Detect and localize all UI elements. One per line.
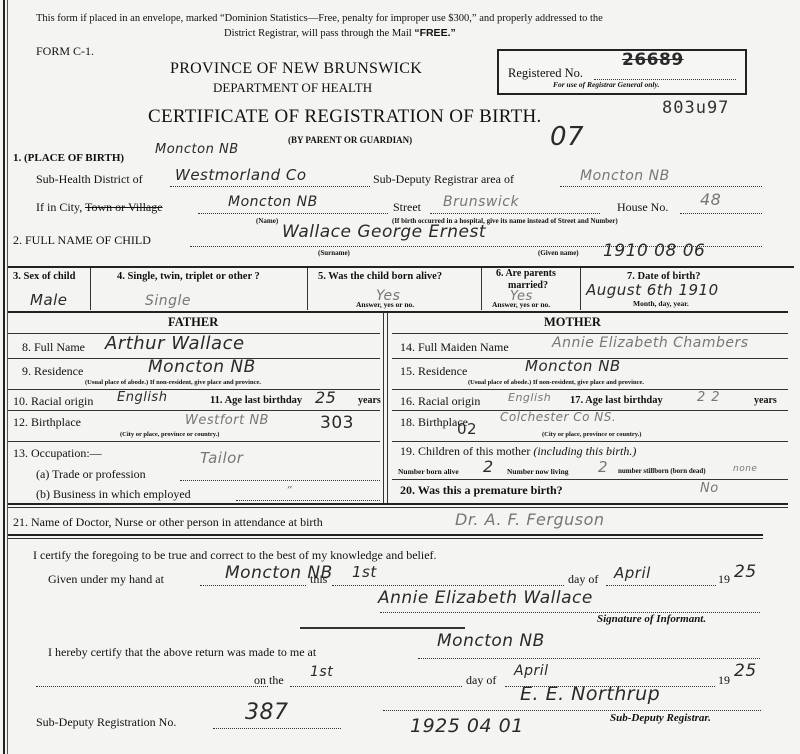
registered-no-note: For use of Registrar General only. [553,80,659,89]
father-residence-label: 9. Residence [22,364,83,379]
city-label-text: If in City, [36,200,82,214]
mother-heading: MOTHER [544,315,601,330]
father-age-unit: years [358,395,381,406]
mother-birthplace-caption: (City or place, province or country.) [542,431,641,438]
section-divider [8,266,794,268]
mail-notice-text: District Registrar, will pass through th… [224,28,414,39]
this-label: this [310,572,327,587]
attendant-value: Dr. A. F. Ferguson [455,510,605,529]
page-title: CERTIFICATE OF REGISTRATION OF BIRTH. [148,106,542,128]
mother-birthplace-value: Colchester Co NS. [500,410,616,424]
given-month-line [606,584,716,586]
handwritten-code: 07 [550,122,584,152]
occupation-trade-value: Tailor [200,449,243,467]
given-year-prefix: 19 [718,572,730,587]
father-name-value: Arthur Wallace [105,333,245,354]
place-of-birth-value: Moncton NB [155,142,239,157]
col-divider [90,268,91,310]
subtitle: (BY PARENT OR GUARDIAN) [288,135,412,145]
trade-label: (a) Trade or profession [36,467,146,482]
stamp-number: 803u97 [662,98,729,118]
col-divider [307,268,308,310]
father-birthplace-code: 303 [320,413,354,433]
registrar-signature-line [383,709,761,711]
registrar-place-value: Moncton NB [437,631,545,651]
street-value: Brunswick [443,194,519,210]
left-border-inner [7,0,8,754]
business-line [236,499,380,501]
row-line [392,333,788,334]
mother-residence-label: 15. Residence [400,364,467,379]
mail-notice-line1: This form if placed in an envelope, mark… [36,13,603,24]
section-divider [8,503,788,505]
trade-line [180,479,380,481]
city-line [198,212,388,214]
father-birthplace-label: 12. Birthplace [13,415,81,430]
city-value: Moncton NB [228,194,318,210]
children-label-text: 19. Children of this mother [400,444,530,458]
mother-residence-value: Moncton NB [525,357,621,375]
given-year-value: 25 [734,562,757,582]
informant-signature: Annie Elizabeth Wallace [378,588,593,608]
city-label: If in City, Town or Village [36,200,163,215]
born-alive-label: 5. Was the child born alive? [318,271,442,282]
mother-birthplace-code: 02 [457,420,477,438]
house-no-value: 48 [700,190,721,209]
premature-label: 20. Was this a premature birth? [400,483,563,498]
row-line [8,441,380,442]
town-village-label: Town or Village [85,200,163,214]
child-name-label: 2. FULL NAME OF CHILD [13,233,151,248]
province-title: PROVINCE OF NEW BRUNSWICK [170,60,422,78]
registrar-year-value: 25 [734,661,757,681]
registered-no-label: Registered No. [508,66,583,81]
street-label: Street [393,200,421,215]
registration-no-value: 387 [245,700,289,725]
registrar-day-of-label: day of [466,673,496,688]
mother-residence-caption: (Usual place of abode.) If non-resident,… [468,379,644,386]
registrar-day-value: 1st [310,664,333,680]
father-heading: FATHER [168,315,218,330]
registration-no-label: Sub-Deputy Registration No. [36,715,176,730]
birth-certificate-form: This form if placed in an envelope, mark… [0,0,800,754]
father-residence-value: Moncton NB [148,357,256,377]
business-value: ” [286,484,292,497]
children-label-italic: (including this birth.) [533,444,636,458]
attendant-label: 21. Name of Doctor, Nurse or other perso… [13,515,323,530]
separator [300,627,465,629]
given-name-caption: (Given name) [538,249,579,257]
registrar-date-code: 1925 04 01 [410,715,524,737]
section-divider [8,534,763,536]
registration-no-line [213,727,341,729]
given-under-label: Given under my hand at [48,572,164,587]
street-line [430,212,600,214]
informant-statement: I certify the foregoing to be true and c… [33,548,437,563]
department-title: DEPARTMENT OF HEALTH [213,80,372,96]
given-place-line [200,584,306,586]
children-label: 19. Children of this mother (including t… [400,444,636,459]
sub-deputy-area-value: Moncton NB [580,168,670,184]
house-no-line [680,212,762,214]
registrar-statement: I hereby certify that the above return w… [48,645,316,660]
date-of-birth-value: August 6th 1910 [586,281,719,299]
day-of-label: day of [568,572,598,587]
row-line [392,441,788,442]
father-racial-value: English [117,390,167,405]
mother-age-value: 22 [697,390,726,405]
child-name-value: Wallace George Ernest [282,222,486,242]
registrar-day-line [290,685,462,687]
father-racial-label: 10. Racial origin [13,394,93,409]
registrar-signature-caption: Sub-Deputy Registrar. [610,712,711,724]
plurality-value: Single [145,293,191,309]
sub-deputy-area-label: Sub-Deputy Registrar area of [373,172,514,187]
registrar-lead-line [36,685,268,687]
registrar-year-prefix: 19 [718,673,730,688]
section-divider [8,311,788,313]
sex-value: Male [30,291,68,309]
father-mother-divider-2 [387,312,388,504]
col-divider [580,268,581,310]
surname-caption: (Surname) [318,249,350,257]
registrar-month-value: April [514,663,549,679]
mother-age-label: 17. Age last birthday [570,395,663,406]
given-day-line [332,584,564,586]
premature-value: No [700,481,719,496]
sub-health-district-value: Westmorland Co [175,166,307,184]
given-month-value: April [614,564,651,582]
father-residence-caption: (Usual place of abode.) If non-resident,… [85,379,261,386]
father-age-value: 25 [315,388,336,407]
born-alive-count-value: 2 [483,457,494,476]
father-birthplace-caption: (City or place, province or country.) [120,431,219,438]
born-alive-count-label: Number born alive [398,467,459,476]
mother-racial-value: English [508,391,551,404]
mail-notice-line2: District Registrar, will pass through th… [224,27,456,39]
child-date-code: 1910 08 06 [603,241,705,261]
given-day-value: 1st [352,563,377,581]
section-divider-thin [8,538,763,539]
father-age-label: 11. Age last birthday [210,395,302,406]
registered-no-value: 26689 [622,50,684,70]
mother-name-value: Annie Elizabeth Chambers [552,335,749,351]
father-birthplace-value: Westfort NB [185,413,269,428]
free-label: “FREE.” [414,27,455,39]
on-the-label: on the [254,673,284,688]
row-line [392,389,788,390]
stillborn-label: number stillborn (born dead) [618,467,706,475]
sub-health-district-label: Sub-Health District of [36,172,143,187]
sub-deputy-area-line [560,185,762,187]
informant-signature-caption: Signature of Informant. [597,613,706,625]
business-label: (b) Business in which employed [36,487,191,502]
father-name-label: 8. Full Name [22,340,85,355]
mother-name-label: 14. Full Maiden Name [400,340,509,355]
plurality-label: 4. Single, twin, triplet or other ? [117,271,260,282]
mother-age-unit: years [754,395,777,406]
place-of-birth-label: 1. (PLACE OF BIRTH) [13,152,124,164]
parents-married-label-1: 6. Are parents [496,268,556,279]
registrar-signature: E. E. Northrup [520,683,660,705]
left-border [3,0,5,754]
form-number: FORM C-1. [36,44,94,59]
father-mother-divider [383,312,384,504]
stillborn-value: none [733,464,757,474]
house-no-label: House No. [617,200,668,215]
parents-married-caption: Answer, yes or no. [492,300,550,309]
now-living-label: Number now living [507,467,569,476]
city-name-caption: (Name) [256,217,278,225]
col-divider [481,268,482,310]
date-of-birth-caption: Month, day, year. [633,299,689,308]
registrar-place-line [418,657,760,659]
row-line [8,410,380,411]
sex-label: 3. Sex of child [13,271,75,282]
born-alive-caption: Answer, yes or no. [356,300,414,309]
now-living-value: 2 [598,458,608,476]
mother-racial-label: 16. Racial origin [400,394,480,409]
row-line [392,479,788,480]
section-divider-thin [8,507,788,508]
sub-health-district-line [170,185,370,187]
occupation-label: 13. Occupation:— [13,446,102,461]
